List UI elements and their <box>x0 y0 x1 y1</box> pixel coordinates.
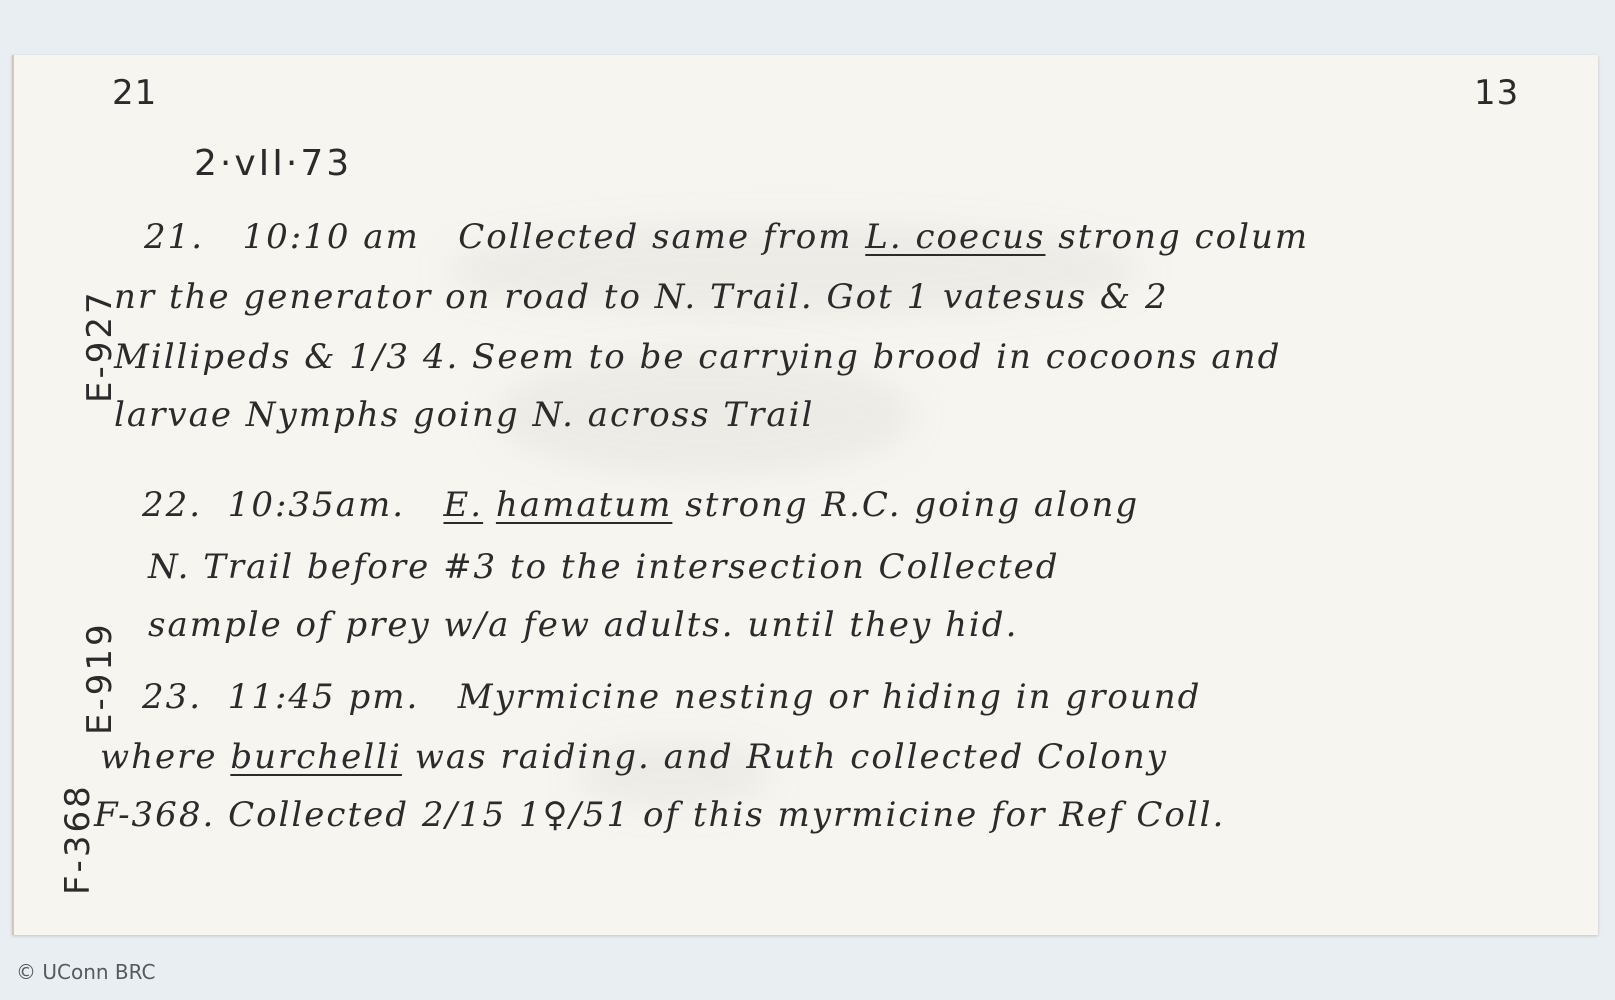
margin-note-f368: F-368 <box>58 783 98 895</box>
entry-21-line-1: 21. 10:10 am Collected same from L. coec… <box>144 217 1309 257</box>
notebook-page: 21 13 2·vII·73 E-927 E-919 F-368 21. 10:… <box>12 55 1598 935</box>
entry-21-line-2: nr the generator on road to N. Trail. Go… <box>114 277 1169 317</box>
entry-22-line-3: sample of prey w/a few adults. until the… <box>148 605 1018 645</box>
copyright-icon: © <box>16 960 36 984</box>
right-page-number: 13 <box>1474 73 1519 113</box>
entry-23-line-1: 23. 11:45 pm. Myrmicine nesting or hidin… <box>142 677 1201 717</box>
entry-number: 21. <box>144 217 204 257</box>
entry-23-line-3: F-368. Collected 2/15 1♀/51 of this myrm… <box>94 795 1225 835</box>
entry-22-line-1: 22. 10:35am. E. hamatum strong R.C. goin… <box>142 485 1139 525</box>
copyright-notice: © UConn BRC <box>16 960 156 984</box>
entry-time: 10:10 am <box>243 217 420 257</box>
species-name: burchelli <box>230 737 402 777</box>
entry-number: 22. <box>142 485 202 525</box>
margin-note-e919: E-919 <box>80 621 120 735</box>
entry-22-line-2: N. Trail before #3 to the intersection C… <box>148 547 1060 587</box>
species-name: hamatum <box>496 485 672 525</box>
copyright-text: UConn BRC <box>42 960 155 984</box>
species-name: L. coecus <box>865 217 1045 257</box>
entry-21-line-4: larvae Nymphs going N. across Trail <box>114 395 814 435</box>
entry-date: 2·vII·73 <box>194 143 352 184</box>
left-page-number: 21 <box>112 73 157 113</box>
entry-number: 23. <box>142 677 202 717</box>
entry-21-line-3: Millipeds & 1/3 4. Seem to be carrying b… <box>114 337 1281 377</box>
entry-time: 11:45 pm. <box>228 677 420 717</box>
entry-23-line-2: where burchelli was raiding. and Ruth co… <box>100 737 1168 777</box>
entry-time: 10:35am. <box>228 485 405 525</box>
